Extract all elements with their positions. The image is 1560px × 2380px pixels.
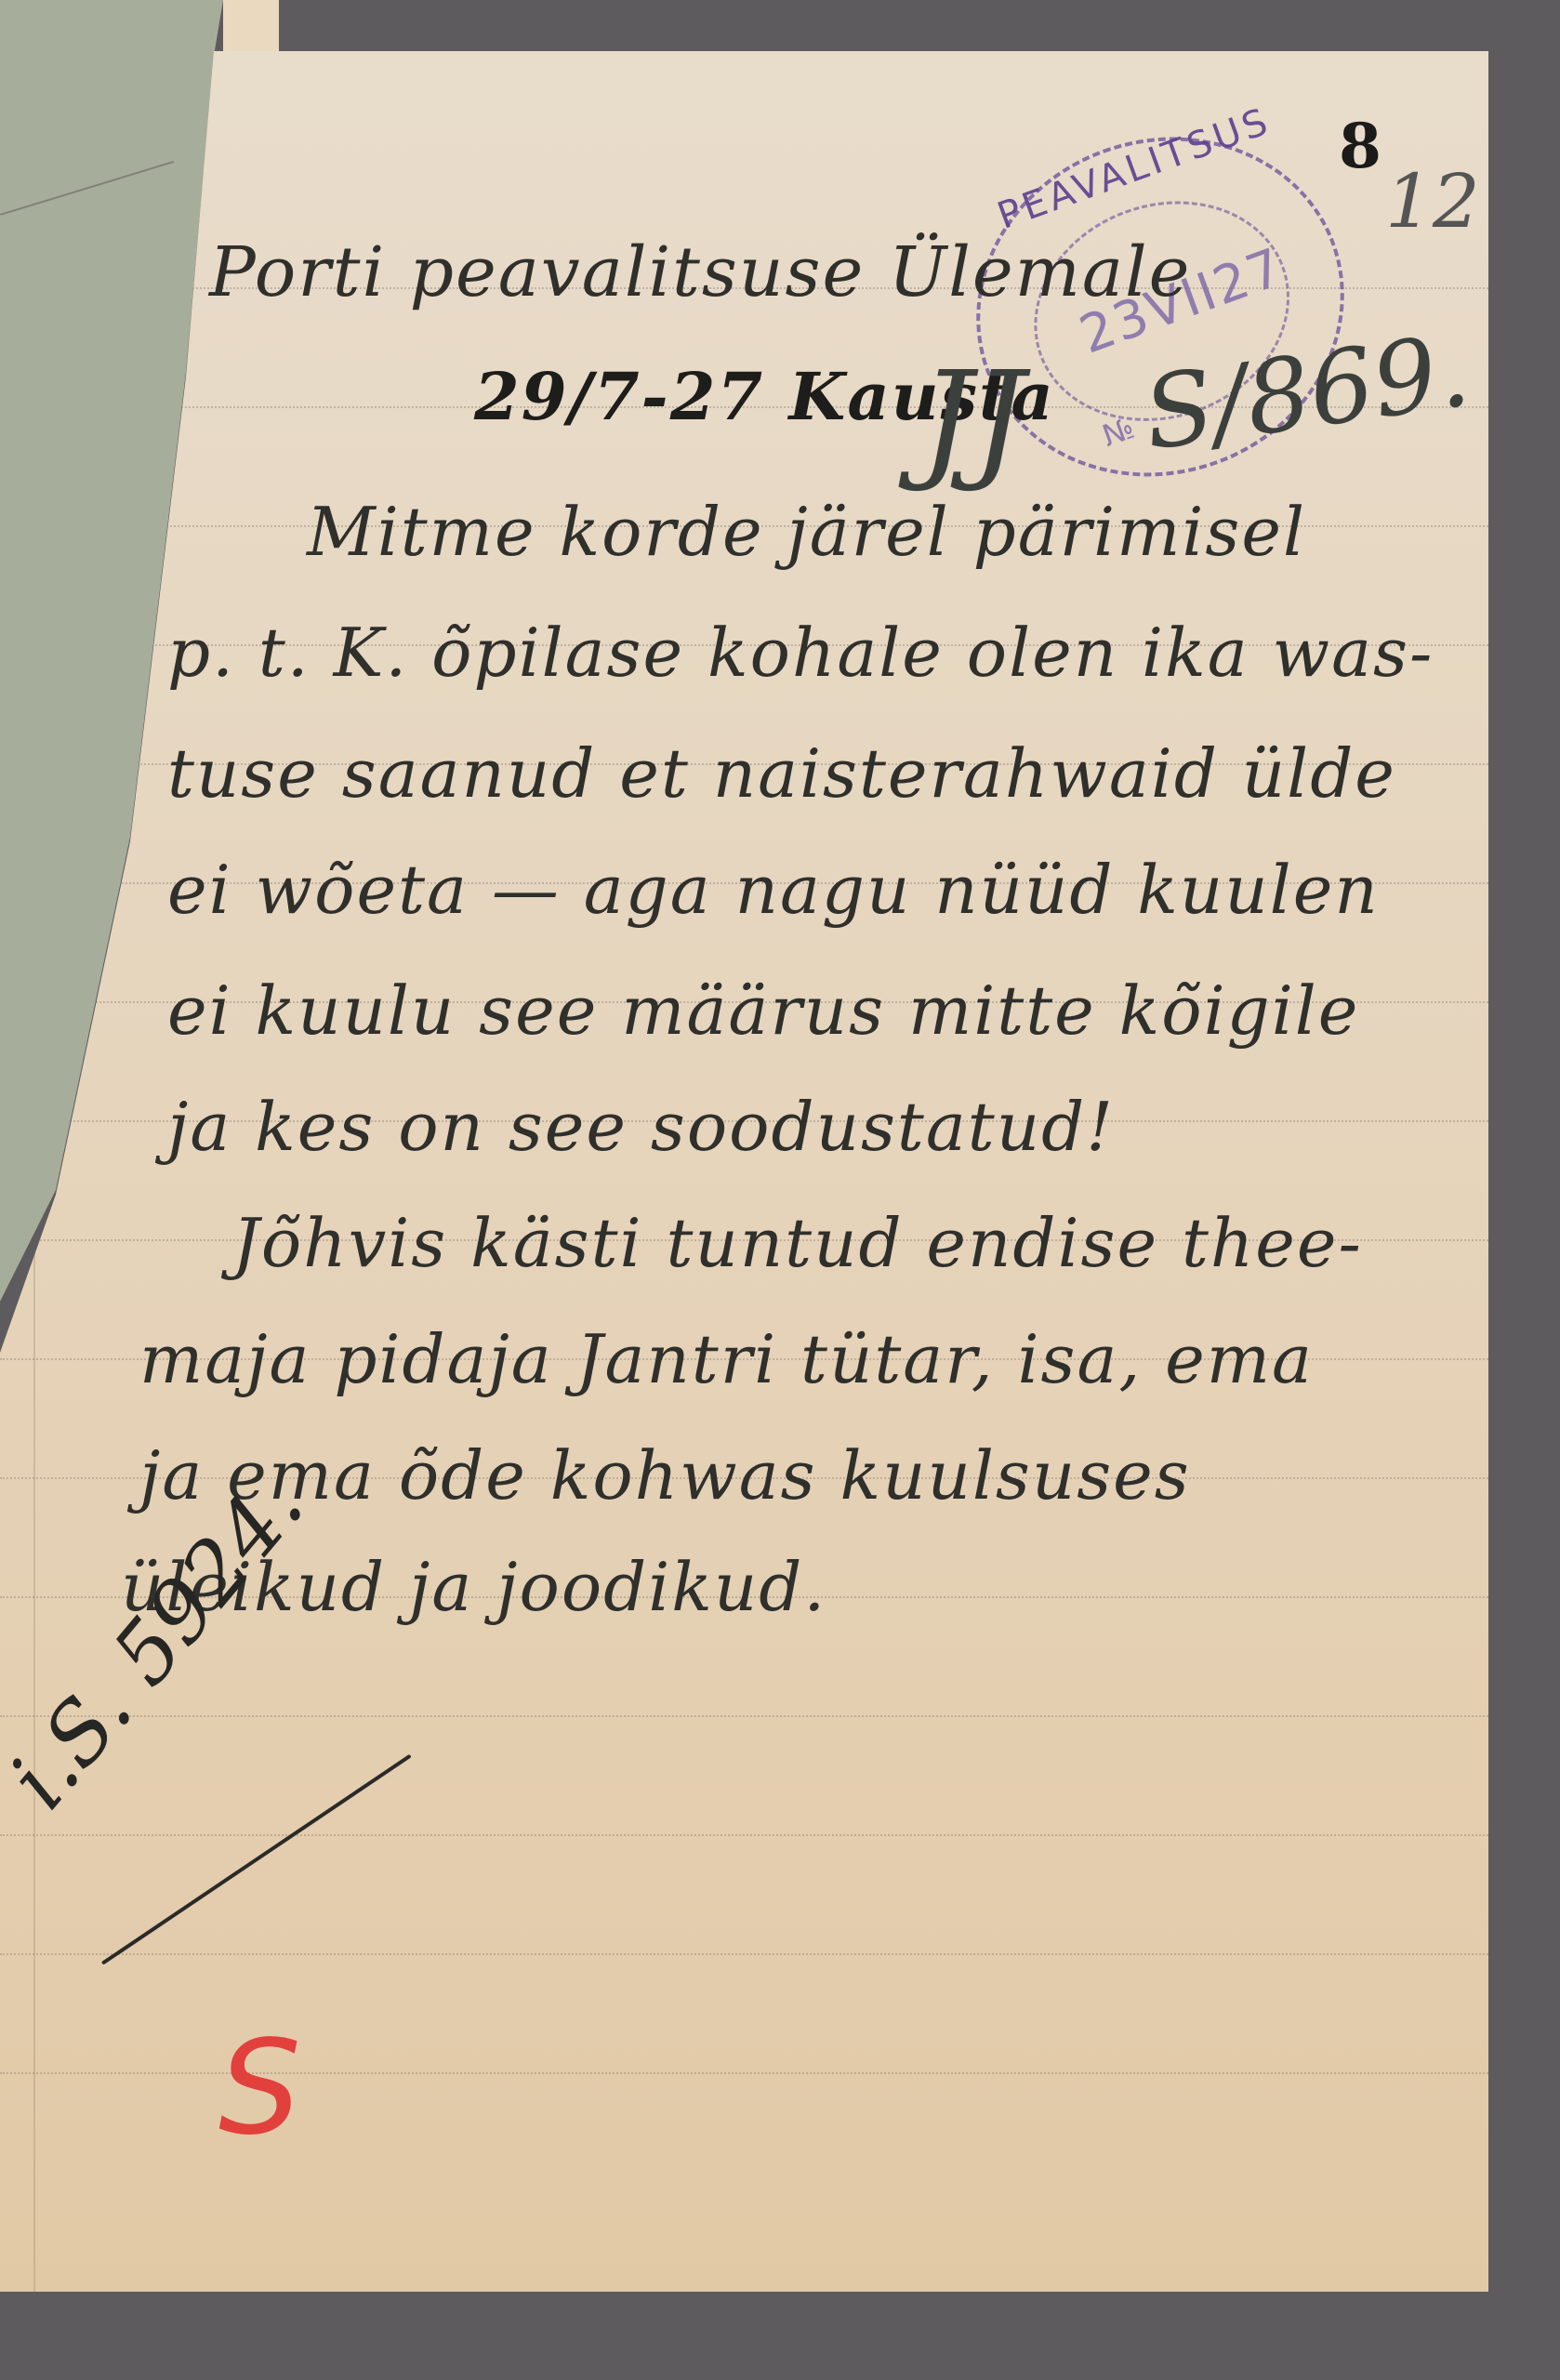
body-line-1: Mitme korde järel pärimisel [307, 493, 1306, 571]
addressee-line: Porti peavalitsuse Ülemale [209, 232, 1191, 312]
ruled-line [0, 1953, 1488, 1955]
red-crayon-mark: S [218, 2013, 301, 2164]
body-line-8: maja pidaja Jantri tütar, isa, ema [139, 1320, 1314, 1398]
folio-secondary-number: 12 [1385, 158, 1480, 245]
body-line-2: p. t. K. õpilase kohale olen ika was- [167, 614, 1434, 692]
body-line-5: ei kuulu see määrus mitte kõigile [167, 972, 1359, 1050]
folio-number: 8 [1339, 110, 1382, 182]
paper-tab-strip [223, 0, 279, 51]
body-line-7: Jõhvis kästi tuntud endise thee- [232, 1204, 1363, 1282]
body-line-4: ei wõeta — aga nagu nüüd kuulen [167, 851, 1380, 929]
body-line-3: tuse saanud et naisterahwaid ülde [167, 734, 1396, 813]
body-line-6: ja kes on see soodustatud! [167, 1088, 1115, 1166]
ruled-line [0, 1834, 1488, 1836]
ruled-line [0, 1715, 1488, 1717]
annotation-initials: JJ [920, 344, 1025, 496]
